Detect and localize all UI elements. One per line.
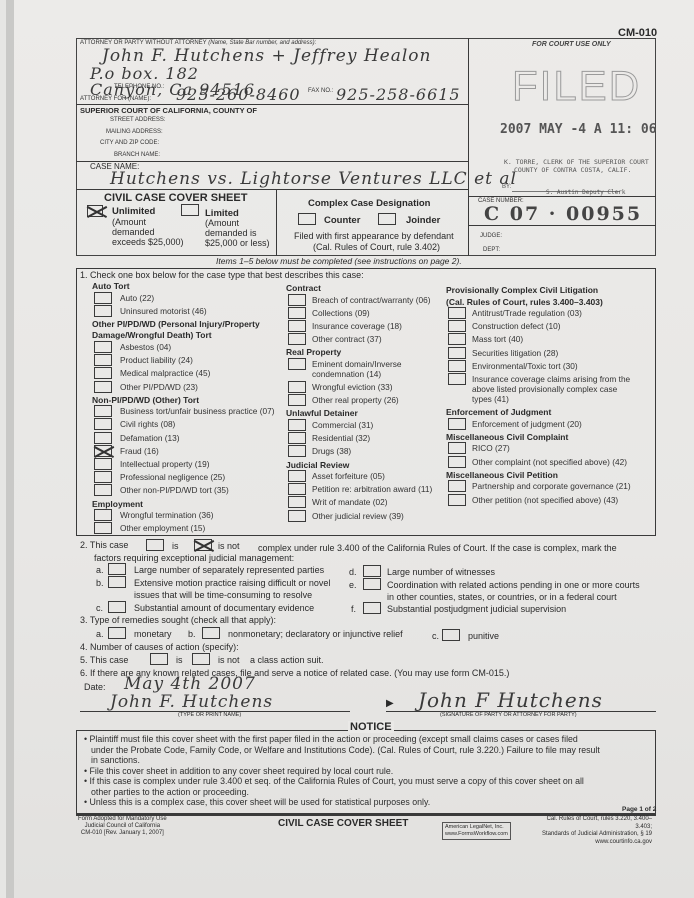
complex-note-2: (Cal. Rules of Court, rule 3.402): [313, 242, 440, 252]
court-use-label: FOR COURT USE ONLY: [532, 41, 611, 48]
case-category-header: Employment: [92, 499, 143, 509]
limited-checkbox[interactable]: [181, 204, 199, 216]
section5-suffix: a class action suit.: [250, 655, 324, 665]
complex-designation-title: Complex Case Designation: [308, 198, 430, 209]
case-type-checkbox[interactable]: [288, 333, 306, 345]
case-category-header: Provisionally Complex Civil Litigation: [446, 285, 598, 295]
fax-value[interactable]: 925-258-6615: [336, 85, 461, 104]
factor-f-label: Substantial postjudgment judicial superv…: [387, 604, 566, 614]
unlimited-desc: (Amount demanded exceeds $25,000): [112, 217, 184, 247]
case-type-label: Business tort/unfair business practice (…: [120, 406, 275, 416]
factor-e-label-1: Coordination with related actions pendin…: [387, 580, 640, 590]
case-type-checkbox[interactable]: [94, 471, 112, 483]
unlimited-checkbox[interactable]: [87, 205, 103, 217]
case-type-checkbox[interactable]: [94, 405, 112, 417]
case-type-label: Antitrust/Trade regulation (03): [472, 308, 582, 318]
remedy-c-letter: c.: [432, 631, 439, 641]
case-type-checkbox[interactable]: [448, 494, 466, 506]
case-type-label: Enforcement of judgment (20): [472, 419, 582, 429]
signature-arrow-icon: ▶: [386, 698, 394, 709]
branch-name-label: BRANCH NAME:: [114, 152, 160, 158]
footer-left: Form Adopted for Mandatory Use Judicial …: [78, 816, 167, 837]
case-type-checkbox[interactable]: [94, 341, 112, 353]
section3-text: 3. Type of remedies sought (check all th…: [80, 615, 276, 625]
clerk-line1: K. TORRE, CLERK OF THE SUPERIOR COURT: [504, 158, 649, 166]
factor-d-checkbox[interactable]: [363, 565, 381, 577]
case-category-header: Enforcement of Judgment: [446, 407, 551, 417]
case-type-label: types (41): [472, 394, 509, 404]
case-type-checkbox[interactable]: [288, 358, 306, 370]
factor-f-letter: f.: [351, 604, 356, 614]
case-type-label: Mass tort (40): [472, 334, 523, 344]
remedy-monetary-checkbox[interactable]: [108, 627, 126, 639]
case-type-label: above listed provisionally complex case: [472, 384, 617, 394]
street-address-label: STREET ADDRESS:: [110, 117, 166, 123]
case-type-label: Collections (09): [312, 308, 370, 318]
judge-label: JUDGE:: [480, 233, 502, 239]
case-type-checkbox[interactable]: [94, 484, 112, 496]
case-type-label: Other judicial review (39): [312, 511, 404, 521]
case-type-checkbox[interactable]: [94, 418, 112, 430]
case-category-header: Real Property: [286, 347, 341, 357]
case-type-checkbox[interactable]: [288, 510, 306, 522]
fax-label: FAX NO.:: [308, 88, 333, 94]
section1-prompt: 1. Check one box below for the case type…: [80, 270, 364, 280]
class-action-is-not-checkbox[interactable]: [192, 653, 210, 665]
factor-e-checkbox[interactable]: [363, 578, 381, 590]
case-category-header: Contract: [286, 283, 321, 293]
complex-is-label: is: [172, 541, 179, 551]
case-type-checkbox[interactable]: [448, 333, 466, 345]
filed-datetime: 2007 MAY -4 A 11: 06: [500, 122, 657, 137]
counter-checkbox[interactable]: [298, 213, 316, 225]
case-type-label: Drugs (38): [312, 446, 351, 456]
factor-e-letter: e.: [349, 580, 357, 590]
case-type-label: Civil rights (08): [120, 419, 175, 429]
printed-name-value[interactable]: John F. Hutchens: [110, 692, 273, 712]
case-type-label: Other complaint (not specified above) (4…: [472, 457, 627, 467]
factor-f-checkbox[interactable]: [363, 602, 381, 614]
signature-label: (SIGNATURE OF PARTY OR ATTORNEY FOR PART…: [440, 712, 577, 718]
case-type-checkbox[interactable]: [94, 522, 112, 534]
remedy-b-letter: b.: [188, 629, 196, 639]
case-category-header: Judicial Review: [286, 460, 349, 470]
case-type-label: Asset forfeiture (05): [312, 471, 385, 481]
case-category-header: Auto Tort: [92, 281, 130, 291]
case-type-label: Other real property (26): [312, 395, 399, 405]
complex-note-1: Filed with first appearance by defendant: [294, 231, 454, 241]
case-type-label: Other employment (15): [120, 523, 205, 533]
remedy-punitive-label: punitive: [468, 631, 499, 641]
case-type-checkbox[interactable]: [288, 381, 306, 393]
case-type-label: Medical malpractice (45): [120, 368, 210, 378]
case-type-label: Insurance coverage (18): [312, 321, 402, 331]
case-category-header: Miscellaneous Civil Petition: [446, 470, 558, 480]
divider: [76, 189, 468, 190]
scanned-page: CM-010 ATTORNEY OR PARTY WITHOUT ATTORNE…: [6, 0, 694, 898]
factor-a-letter: a.: [96, 565, 104, 575]
case-type-label: Commercial (31): [312, 420, 373, 430]
section2-prefix: 2. This case: [80, 540, 128, 550]
case-type-label: Eminent domain/Inverse: [312, 359, 401, 369]
case-type-label: Residential (32): [312, 433, 370, 443]
complex-is-checkbox[interactable]: [146, 539, 164, 551]
cover-sheet-title: CIVIL CASE COVER SHEET: [104, 192, 247, 204]
deputy-clerk: S. Austin Deputy Clerk: [546, 189, 625, 196]
case-type-label: Partnership and corporate governance (21…: [472, 481, 631, 491]
case-type-checkbox[interactable]: [288, 432, 306, 444]
divider: [276, 189, 277, 256]
case-type-label: Professional negligence (25): [120, 472, 225, 482]
remedy-a-letter: a.: [96, 629, 104, 639]
case-type-checkbox[interactable]: [448, 320, 466, 332]
case-type-checkbox[interactable]: [94, 432, 112, 444]
case-type-checkbox[interactable]: [448, 360, 466, 372]
divider: [76, 104, 468, 105]
date-label: Date:: [84, 682, 106, 692]
dept-label: DEPT:: [483, 247, 500, 253]
case-type-checkbox[interactable]: [94, 509, 112, 521]
section2-text1: complex under rule 3.400 of the Californ…: [258, 543, 617, 553]
case-type-label: Other PI/PD/WD (23): [120, 382, 198, 392]
remedy-nonmonetary-checkbox[interactable]: [202, 627, 220, 639]
items-note: Items 1–5 below must be completed (see i…: [216, 256, 462, 266]
case-type-label: Other contract (37): [312, 334, 382, 344]
case-number-value: C 07 · 00955: [484, 203, 642, 225]
case-type-checkbox[interactable]: [288, 307, 306, 319]
case-type-label: Wrongful eviction (33): [312, 382, 393, 392]
case-category-header: Other PI/PD/WD (Personal Injury/Property: [92, 319, 260, 329]
case-type-checkbox[interactable]: [288, 470, 306, 482]
case-type-checkbox[interactable]: [94, 381, 112, 393]
case-type-label: Petition re: arbitration award (11): [312, 484, 432, 494]
case-type-checkbox[interactable]: [94, 292, 112, 304]
divider: [468, 38, 469, 256]
case-type-checkbox[interactable]: [288, 496, 306, 508]
remedy-monetary-label: monetary: [134, 629, 172, 639]
print-name-label: (TYPE OR PRINT NAME): [178, 712, 241, 718]
case-type-label: Defamation (13): [120, 433, 180, 443]
factor-a-label: Large number of separately represented p…: [134, 565, 324, 575]
case-type-checkbox[interactable]: [288, 445, 306, 457]
class-action-is-checkbox[interactable]: [150, 653, 168, 665]
factor-c-label: Substantial amount of documentary eviden…: [134, 603, 314, 613]
factor-d-letter: d.: [349, 567, 357, 577]
complex-is-not-label: is not: [218, 541, 240, 551]
case-type-label: Fraud (16): [120, 446, 159, 456]
telephone-label: TELEPHONE NO.:: [114, 84, 164, 90]
section5-prefix: 5. This case: [80, 655, 128, 665]
case-type-label: Securities litigation (28): [472, 348, 558, 358]
case-type-label: Asbestos (04): [120, 342, 171, 352]
by-label: BY:: [502, 184, 511, 190]
case-type-label: RICO (27): [472, 443, 510, 453]
case-type-label: Auto (22): [120, 293, 154, 303]
case-type-label: Other non-PI/PD/WD tort (35): [120, 485, 229, 495]
case-category-header: Miscellaneous Civil Complaint: [446, 432, 568, 442]
vendor-box: American LegalNet, Inc. www.FormsWorkflo…: [442, 822, 511, 840]
limited-desc: (Amount demanded is $25,000 or less): [205, 218, 270, 248]
case-type-checkbox[interactable]: [94, 458, 112, 470]
case-type-checkbox[interactable]: [288, 483, 306, 495]
case-type-checkbox[interactable]: [288, 419, 306, 431]
telephone-value[interactable]: 925-260-8460: [176, 85, 301, 104]
complex-is-not-checkbox[interactable]: [194, 539, 212, 551]
case-type-label: Wrongful termination (36): [120, 510, 213, 520]
case-category-header: Unlawful Detainer: [286, 408, 358, 418]
factor-b-checkbox[interactable]: [108, 576, 126, 588]
clerk-line2: COUNTY OF CONTRA COSTA, CALIF.: [514, 166, 631, 174]
case-category-header: (Cal. Rules of Court, rules 3.400–3.403): [446, 297, 603, 307]
court-heading: SUPERIOR COURT OF CALIFORNIA, COUNTY OF: [80, 106, 257, 115]
signature-value[interactable]: John F Hutchens: [418, 688, 603, 712]
case-type-checkbox[interactable]: [288, 294, 306, 306]
case-type-checkbox[interactable]: [448, 456, 466, 468]
factor-c-letter: c.: [96, 603, 103, 613]
notice-title: NOTICE: [348, 721, 394, 733]
case-type-label: Uninsured motorist (46): [120, 306, 207, 316]
section2-text2: factors requiring exceptional judicial m…: [94, 553, 294, 563]
class-action-is-label: is: [176, 655, 183, 665]
case-type-label: Intellectual property (19): [120, 459, 209, 469]
unlimited-label: Unlimited: [112, 206, 155, 217]
case-type-label: Product liability (24): [120, 355, 193, 365]
factor-c-checkbox[interactable]: [108, 601, 126, 613]
joinder-label: Joinder: [406, 215, 440, 226]
class-action-is-not-label: is not: [218, 655, 240, 665]
case-type-label: Construction defect (10): [472, 321, 561, 331]
divider: [468, 196, 656, 197]
remedy-nonmonetary-label: nonmonetary; declaratory or injunctive r…: [228, 629, 403, 639]
attorney-name-value[interactable]: John F. Hutchens + Jeffrey Healon: [102, 46, 431, 66]
remedy-punitive-checkbox[interactable]: [442, 629, 460, 641]
case-category-header: Damage/Wrongful Death) Tort: [92, 330, 212, 340]
factor-b-label-2: issues that will be time-consuming to re…: [134, 590, 312, 600]
case-type-checkbox[interactable]: [448, 442, 466, 454]
case-type-checkbox[interactable]: [288, 394, 306, 406]
city-zip-label: CITY AND ZIP CODE:: [100, 140, 159, 146]
attorney-for-label: ATTORNEY FOR (Name):: [80, 96, 151, 102]
footer-right: Cal. Rules of Court, rules 3.220, 3.400–…: [532, 816, 652, 846]
case-type-checkbox[interactable]: [448, 307, 466, 319]
factor-e-label-2: in other counties, states, or countries,…: [387, 592, 617, 602]
case-type-label: Other petition (not specified above) (43…: [472, 495, 618, 505]
case-type-label: Breach of contract/warranty (06): [312, 295, 431, 305]
counter-label: Counter: [324, 215, 360, 226]
case-type-checkbox[interactable]: [448, 347, 466, 359]
joinder-checkbox[interactable]: [378, 213, 396, 225]
filed-stamp: FILED: [512, 62, 641, 110]
case-type-checkbox[interactable]: [94, 354, 112, 366]
case-type-checkbox[interactable]: [94, 305, 112, 317]
factor-b-label-1: Extensive motion practice raising diffic…: [134, 578, 330, 588]
case-category-header: Non-PI/PD/WD (Other) Tort: [92, 395, 199, 405]
case-type-checkbox[interactable]: [448, 373, 466, 385]
page-number: Page 1 of 2: [622, 806, 656, 813]
divider: [468, 225, 656, 226]
case-type-label: Environmental/Toxic tort (30): [472, 361, 578, 371]
case-type-checkbox[interactable]: [94, 367, 112, 379]
notice-body: • Plaintiff must file this cover sheet w…: [84, 734, 650, 808]
case-type-checkbox[interactable]: [288, 320, 306, 332]
case-type-checkbox[interactable]: [448, 480, 466, 492]
case-name-value[interactable]: Hutchens vs. Lightorse Ventures LLC et a…: [110, 169, 517, 189]
footer-title: CIVIL CASE COVER SHEET: [278, 818, 408, 829]
case-type-label: Writ of mandate (02): [312, 497, 387, 507]
factor-b-letter: b.: [96, 578, 104, 588]
case-type-label: condemnation (14): [312, 369, 381, 379]
factor-d-label: Large number of witnesses: [387, 567, 495, 577]
section4-text: 4. Number of causes of action (specify):: [80, 642, 239, 652]
factor-a-checkbox[interactable]: [108, 563, 126, 575]
scan-edge-shadow: [6, 0, 14, 898]
case-type-label: Insurance coverage claims arising from t…: [472, 374, 630, 384]
case-type-checkbox[interactable]: [448, 418, 466, 430]
mailing-address-label: MAILING ADDRESS:: [106, 129, 163, 135]
case-type-checkbox[interactable]: [94, 445, 112, 457]
date-value[interactable]: May 4th 2007: [124, 674, 256, 694]
